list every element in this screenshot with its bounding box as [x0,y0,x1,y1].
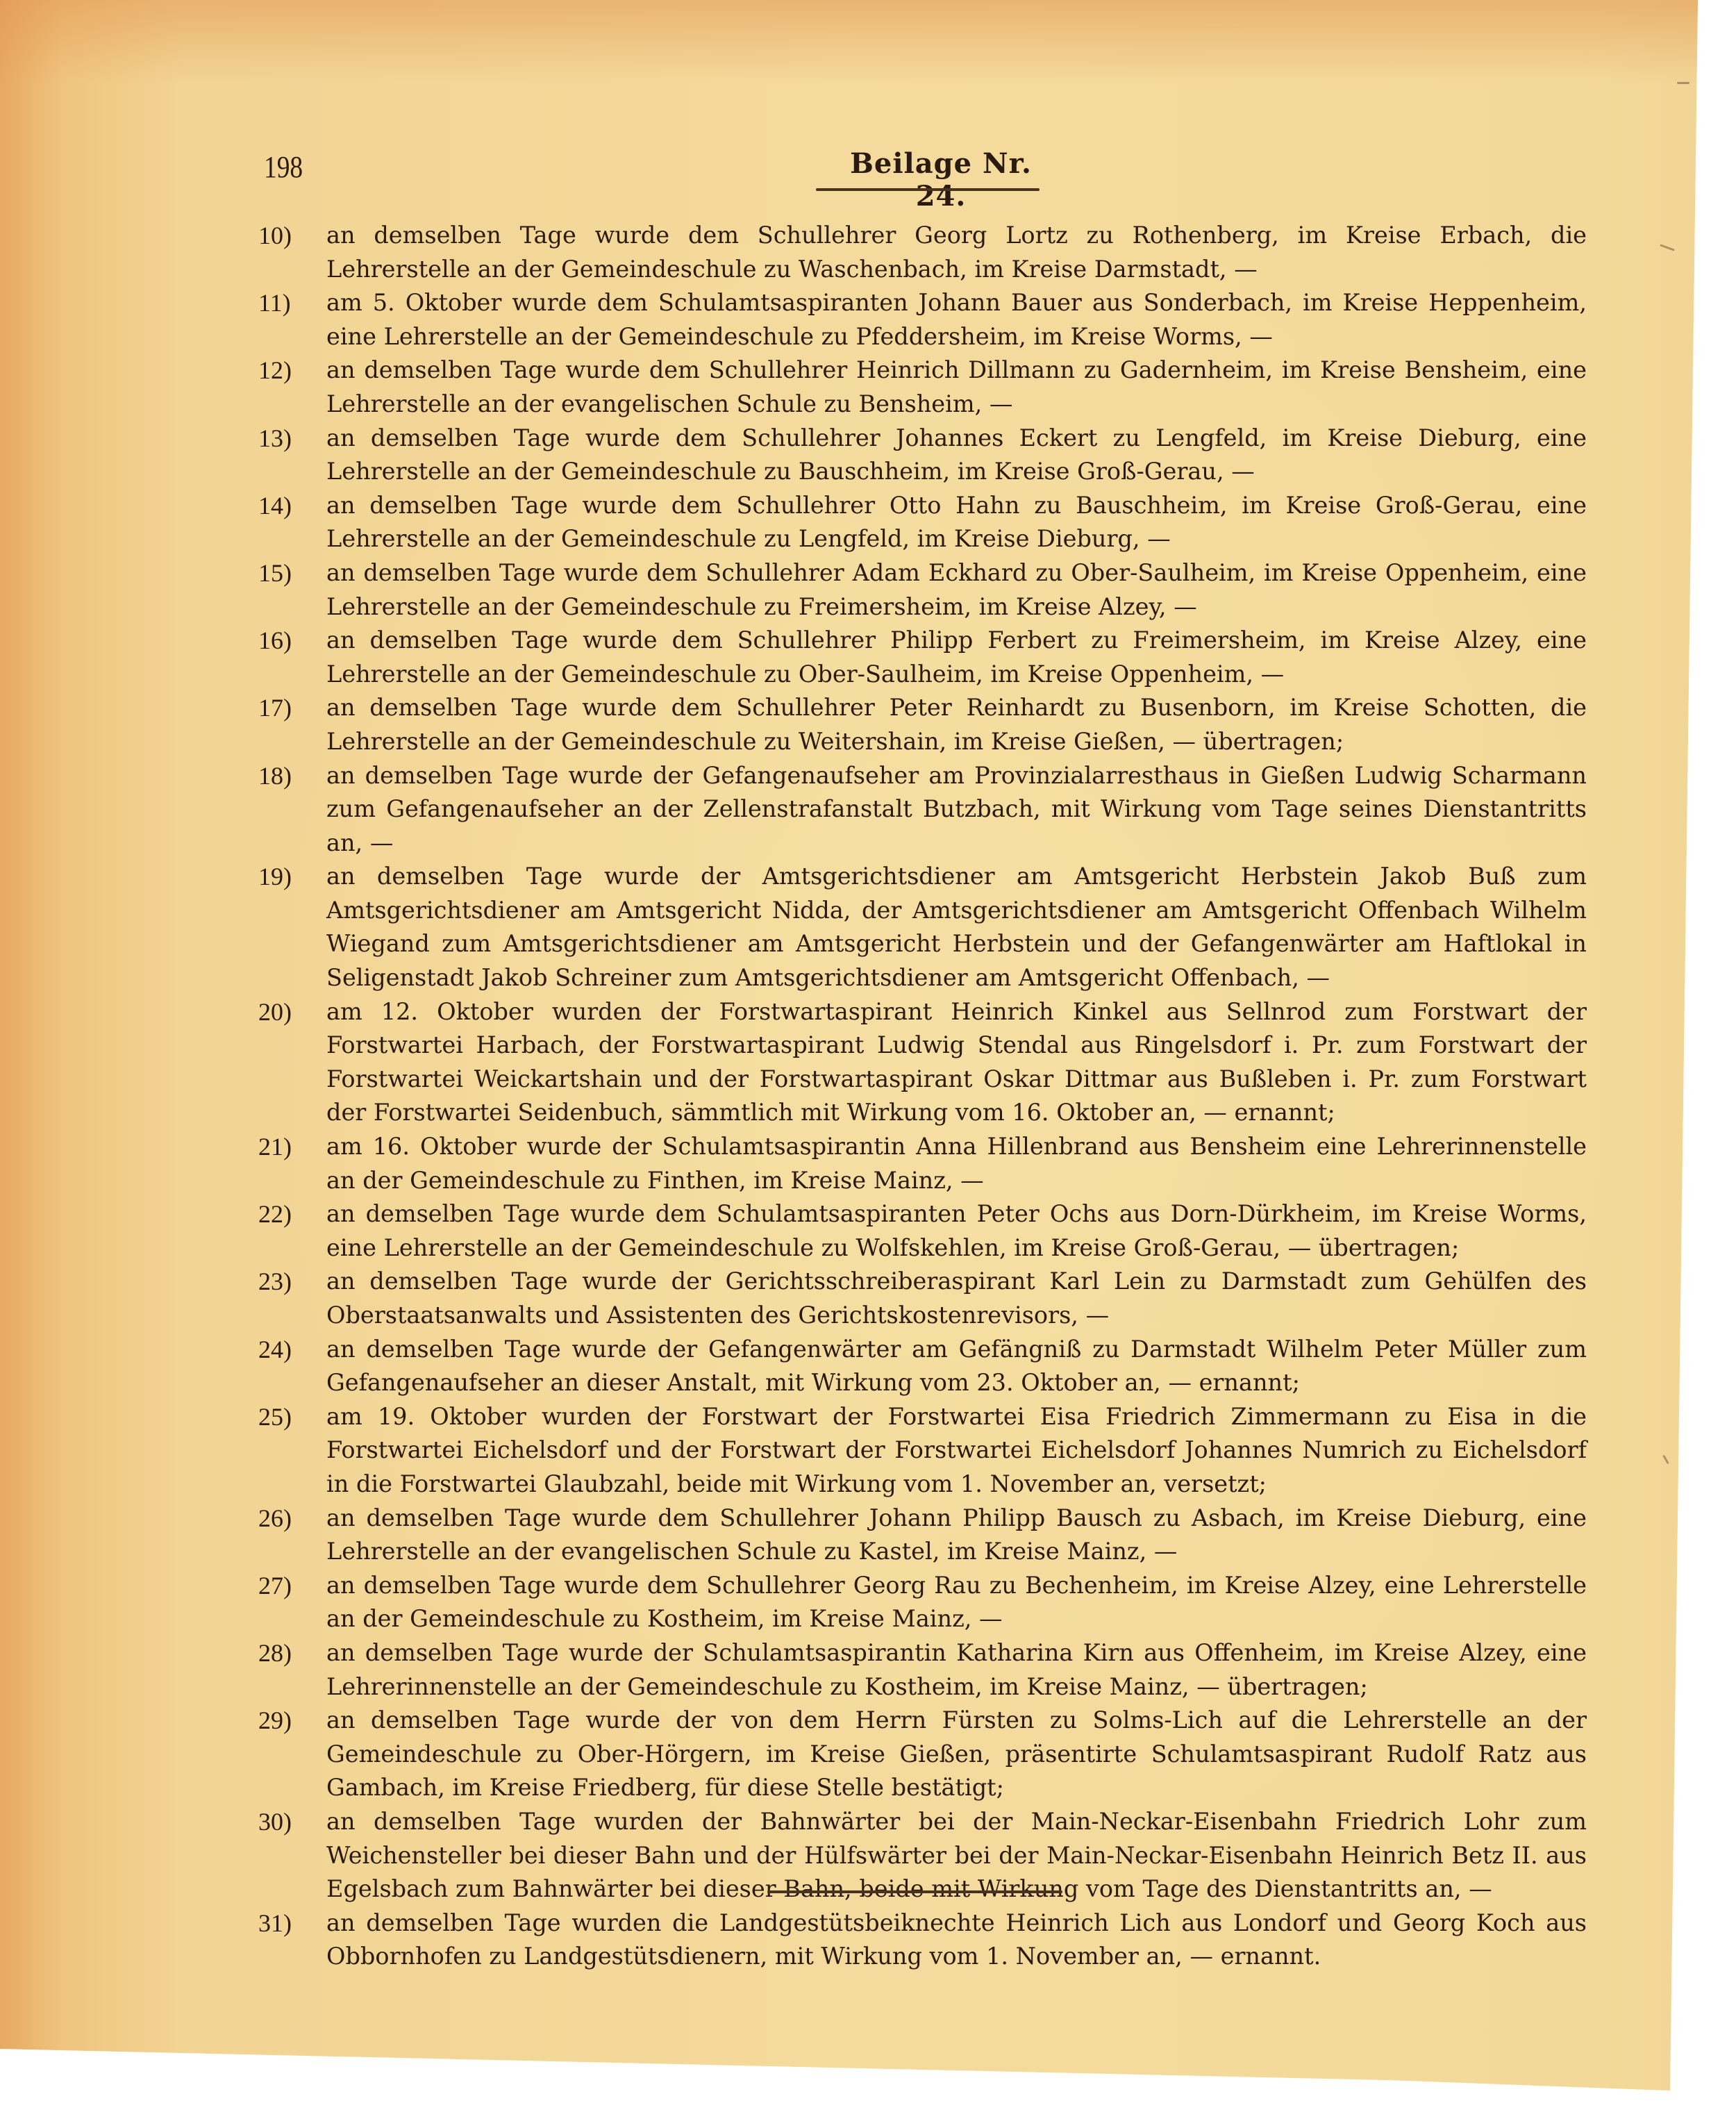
item-number: 13) [258,422,321,456]
item-text: an demselben Tage wurde dem Schullehrer … [326,691,1587,758]
item-number: 25) [258,1400,321,1434]
list-item: 28)an demselben Tage wurde der Schulamts… [258,1636,1587,1704]
item-text: an demselben Tage wurde dem Schulamtsasp… [326,1197,1587,1265]
closing-rule [767,1890,1062,1893]
item-text: an demselben Tage wurde dem Schullehrer … [326,219,1587,286]
item-text: an demselben Tage wurde dem Schullehrer … [326,1502,1587,1569]
item-number: 12) [258,354,321,388]
item-number: 19) [258,860,321,894]
item-text: an demselben Tage wurden die Landgestüts… [326,1906,1587,1974]
list-item: 13)an demselben Tage wurde dem Schullehr… [258,422,1587,489]
item-text: an demselben Tage wurde dem Schullehrer … [326,556,1587,624]
list-item: 16)an demselben Tage wurde dem Schullehr… [258,624,1587,691]
item-number: 11) [258,286,321,320]
body-text: 10)an demselben Tage wurde dem Schullehr… [258,219,1587,1974]
list-item: 19)an demselben Tage wurde der Amtsgeric… [258,860,1587,995]
item-number: 10) [258,219,321,253]
item-text: am 19. Oktober wurden der Forstwart der … [326,1400,1587,1502]
list-item: 12)an demselben Tage wurde dem Schullehr… [258,354,1587,421]
item-number: 26) [258,1502,321,1536]
item-text: an demselben Tage wurde der von dem Herr… [326,1704,1587,1805]
list-item: 15)an demselben Tage wurde dem Schullehr… [258,556,1587,624]
item-number: 30) [258,1805,321,1839]
list-item: 31)an demselben Tage wurden die Landgest… [258,1906,1587,1974]
list-item: 14)an demselben Tage wurde dem Schullehr… [258,489,1587,556]
running-head: Beilage Nr. 24. [830,147,1052,213]
list-item: 23)an demselben Tage wurde der Gerichtss… [258,1265,1587,1332]
item-text: am 16. Oktober wurde der Schulamtsaspira… [326,1130,1587,1197]
item-text: an demselben Tage wurde der Gefangenaufs… [326,759,1587,861]
item-text: an demselben Tage wurde dem Schullehrer … [326,624,1587,691]
item-text: an demselben Tage wurde der Schulamtsasp… [326,1636,1587,1704]
item-text: an demselben Tage wurde der Gefangenwärt… [326,1333,1587,1400]
list-item: 17)an demselben Tage wurde dem Schullehr… [258,691,1587,758]
header-rule [816,188,1040,191]
item-number: 14) [258,489,321,523]
list-item: 18)an demselben Tage wurde der Gefangena… [258,759,1587,861]
item-number: 22) [258,1197,321,1231]
item-number: 24) [258,1333,321,1367]
paper-edge-mark [1660,244,1675,251]
item-number: 16) [258,624,321,658]
item-text: an demselben Tage wurde dem Schullehrer … [326,1569,1587,1636]
list-item: 10)an demselben Tage wurde dem Schullehr… [258,219,1587,286]
item-number: 28) [258,1636,321,1670]
item-number: 31) [258,1906,321,1940]
item-number: 21) [258,1130,321,1164]
list-item: 27)an demselben Tage wurde dem Schullehr… [258,1569,1587,1636]
item-text: an demselben Tage wurde der Gerichtsschr… [326,1265,1587,1332]
item-text: an demselben Tage wurde dem Schullehrer … [326,422,1587,489]
list-item: 20)am 12. Oktober wurden der Forstwartas… [258,995,1587,1130]
paper-edge-mark [1677,82,1689,84]
list-item: 22)an demselben Tage wurde dem Schulamts… [258,1197,1587,1265]
item-number: 17) [258,691,321,725]
item-text: am 5. Oktober wurde dem Schulamtsaspiran… [326,286,1587,354]
item-number: 18) [258,759,321,793]
item-number: 23) [258,1265,321,1299]
list-item: 25)am 19. Oktober wurden der Forstwart d… [258,1400,1587,1502]
list-item: 29)an demselben Tage wurde der von dem H… [258,1704,1587,1805]
list-item: 26)an demselben Tage wurde dem Schullehr… [258,1502,1587,1569]
item-text: an demselben Tage wurde dem Schullehrer … [326,354,1587,421]
item-number: 20) [258,995,321,1029]
list-item: 21)am 16. Oktober wurde der Schulamtsasp… [258,1130,1587,1197]
item-text: an demselben Tage wurde der Amtsgerichts… [326,860,1587,995]
page-number: 198 [264,149,303,185]
item-number: 29) [258,1704,321,1738]
scanned-page: 198 Beilage Nr. 24. 10)an demselben Tage… [0,0,1736,2103]
item-number: 27) [258,1569,321,1603]
item-text: am 12. Oktober wurden der Forstwartaspir… [326,995,1587,1130]
paper-edge-mark [1662,1455,1669,1465]
item-text: an demselben Tage wurde dem Schullehrer … [326,489,1587,556]
list-item: 24)an demselben Tage wurde der Gefangenw… [258,1333,1587,1400]
item-number: 15) [258,556,321,590]
list-item: 11)am 5. Oktober wurde dem Schulamtsaspi… [258,286,1587,354]
